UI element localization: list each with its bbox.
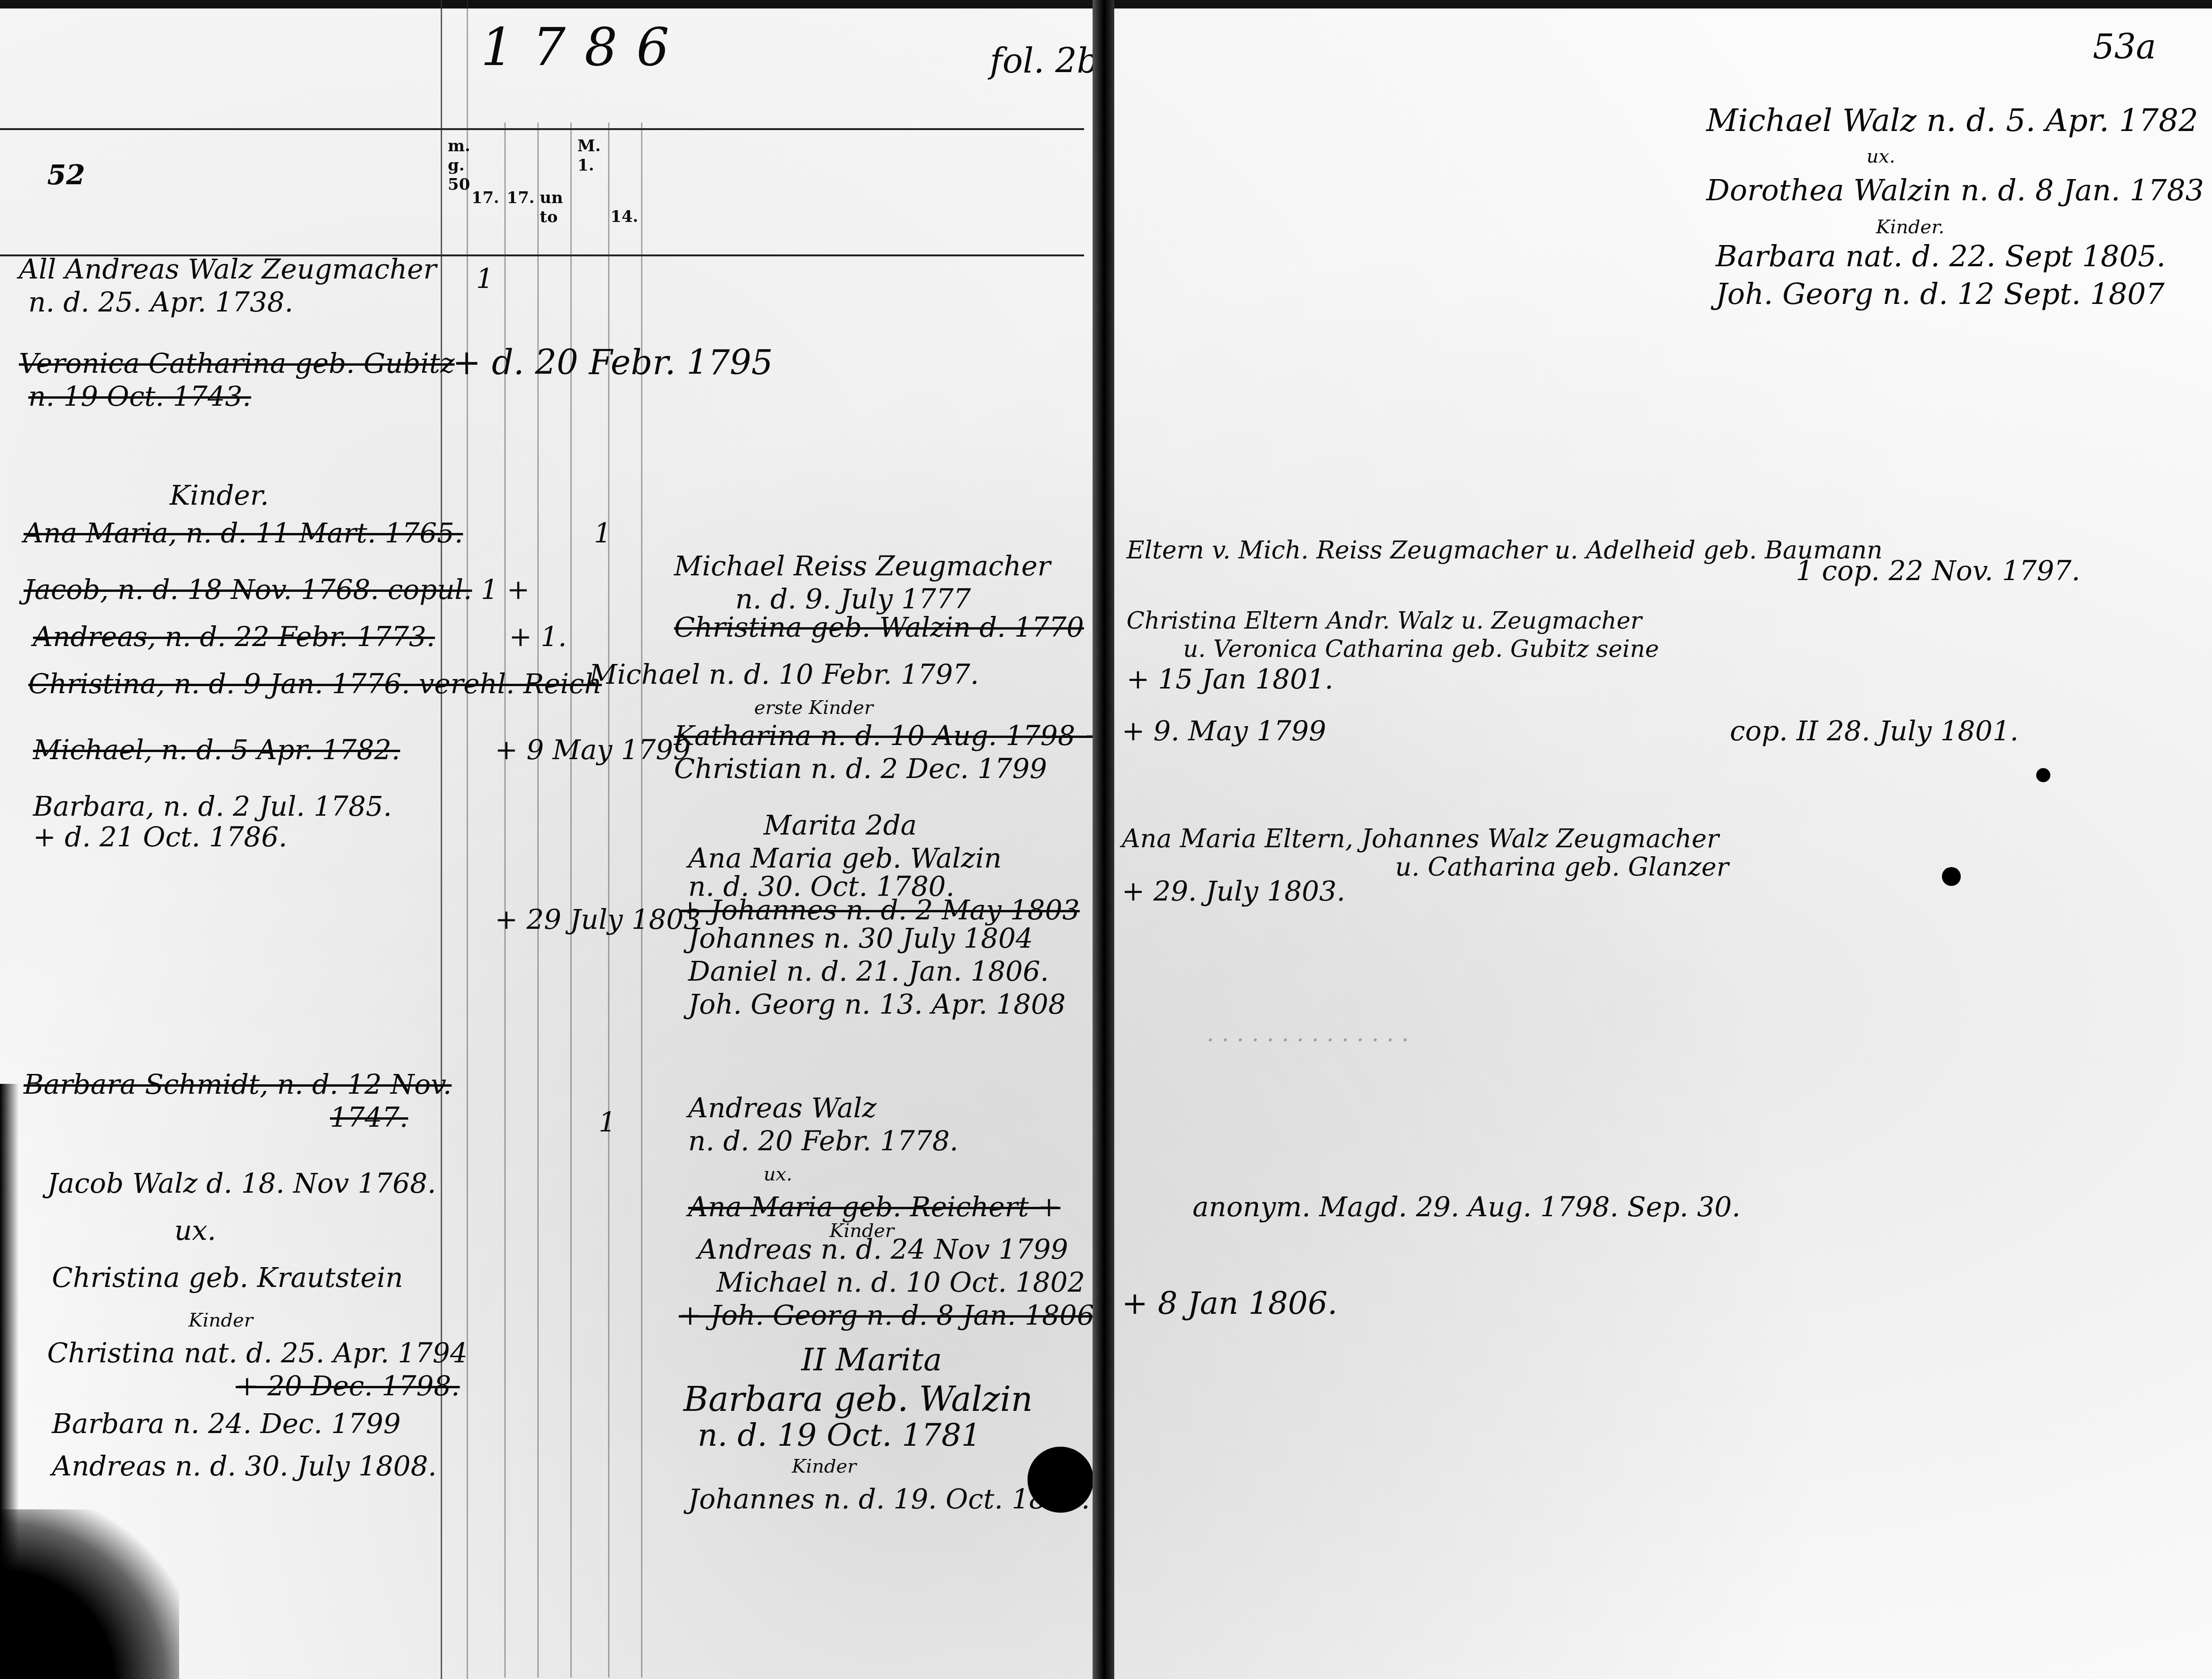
book-gutter bbox=[1093, 0, 1114, 1679]
marita-death: + 29 July 1803 bbox=[495, 905, 701, 935]
child-mark: 1 + bbox=[481, 575, 530, 605]
death-1806: + 8 Jan 1806. bbox=[1122, 1286, 1338, 1321]
reiss-line: Michael Reiss Zeugmacher bbox=[674, 551, 1051, 582]
register-spread: 1786 fol. 2b 52 m. g. 50 17. 17. un to M… bbox=[0, 0, 2212, 1679]
right-page: 53a Michael Walz n. d. 5. Apr. 1782 ux. … bbox=[1112, 0, 2212, 1679]
copulation-note: 1 cop. 22 Nov. 1797. bbox=[1796, 556, 2080, 586]
page-number: 52 bbox=[47, 160, 85, 190]
entry-jacob-line: Kinder bbox=[189, 1310, 253, 1331]
child-entry: Christina, n. d. 9 Jan. 1776. verehl. Re… bbox=[28, 669, 602, 699]
michael-line: Katharina n. d. 10 Aug. 1798 + bbox=[674, 721, 1107, 751]
christina-line: u. Veronica Catharina geb. Gubitz seine bbox=[1183, 636, 1659, 662]
death-1799: + 9. May 1799 bbox=[1122, 716, 1326, 746]
folio-number: fol. 2b bbox=[990, 42, 1099, 80]
marita-line: Daniel n. d. 21. Jan. 1806. bbox=[688, 957, 1049, 987]
marita-line: Ana Maria geb. Walzin bbox=[688, 844, 1002, 874]
marita-line: + Johannes n. d. 2 May 1803 bbox=[679, 895, 1080, 925]
column-header: un to bbox=[540, 188, 563, 227]
child-mark: 1 bbox=[594, 518, 611, 549]
entry-head-line-2: n. d. 25. Apr. 1738. bbox=[28, 287, 293, 318]
entry-wife-line-2: n. 19 Oct. 1743. bbox=[28, 382, 251, 412]
left-page: 1786 fol. 2b 52 m. g. 50 17. 17. un to M… bbox=[0, 0, 1098, 1679]
entry-jacob-line: Jacob Walz d. 18. Nov 1768. bbox=[47, 1169, 436, 1199]
marita-line: Marita 2da bbox=[764, 811, 917, 841]
michael-line: Michael n. d. 10 Febr. 1797. bbox=[589, 660, 979, 690]
marita2-line: Kinder bbox=[792, 1456, 856, 1477]
christina-death: + 15 Jan 1801. bbox=[1127, 664, 1333, 695]
ana-maria-death: + 29. July 1803. bbox=[1122, 876, 1345, 907]
child-entry: Andreas, n. d. 22 Febr. 1773. bbox=[33, 622, 435, 652]
column-header: 14. bbox=[610, 207, 638, 227]
entry-mark: 1 bbox=[599, 1107, 616, 1138]
andreas-line: Andreas Walz bbox=[688, 1093, 876, 1123]
entry-jacob-line: ux. bbox=[174, 1216, 216, 1246]
child-mark: + 1. bbox=[509, 622, 567, 652]
michael-line: erste Kinder bbox=[754, 697, 873, 718]
entry-jacob-line: Christina nat. d. 25. Apr. 1794 bbox=[47, 1338, 468, 1368]
marita2-line: n. d. 19 Oct. 1781 bbox=[698, 1418, 981, 1453]
entry-barbara-line-1: Barbara Schmidt, n. d. 12 Nov. bbox=[24, 1070, 452, 1100]
reiss-line: Christina geb. Walzin d. 1770 bbox=[674, 613, 1084, 643]
folio-number: 53a bbox=[2093, 28, 2156, 66]
header-rule bbox=[0, 128, 1084, 130]
andreas-line: Michael n. d. 10 Oct. 1802 bbox=[716, 1268, 1085, 1298]
entry-jacob-line: Andreas n. d. 30. July 1808. bbox=[52, 1451, 437, 1482]
ink-blot bbox=[1028, 1447, 1094, 1513]
christina-line: Christina Eltern Andr. Walz u. Zeugmache… bbox=[1127, 608, 1642, 634]
anonym-entry: anonym. Magd. 29. Aug. 1798. Sep. 30. bbox=[1192, 1192, 1741, 1222]
michael-walz-line: Barbara nat. d. 22. Sept 1805. bbox=[1716, 240, 2166, 272]
marita2-line: Barbara geb. Walzin bbox=[683, 1381, 1033, 1418]
year-header: 1786 bbox=[481, 19, 688, 76]
entry-head-line-1: All Andreas Walz Zeugmacher bbox=[19, 254, 436, 285]
child-entry: Michael, n. d. 5 Apr. 1782. bbox=[33, 735, 400, 765]
column-header: 17. bbox=[471, 188, 499, 208]
entry-mark: 1 bbox=[476, 264, 493, 294]
column-rule bbox=[441, 0, 442, 1679]
child-entry: Ana Maria, n. d. 11 Mart. 1765. bbox=[24, 518, 463, 549]
ink-spot bbox=[1942, 867, 1961, 886]
child-entry: Jacob, n. d. 18 Nov. 1768. copul. bbox=[24, 575, 472, 605]
parents-reiss: Eltern v. Mich. Reiss Zeugmacher u. Adel… bbox=[1127, 537, 1883, 564]
entry-jacob-line: + 20 Dec. 1798. bbox=[236, 1371, 460, 1401]
child-death: + 9 May 1799 bbox=[495, 735, 691, 765]
child-entry: Barbara, n. d. 2 Jul. 1785. bbox=[33, 792, 392, 822]
michael-walz-line: Michael Walz n. d. 5. Apr. 1782 bbox=[1706, 104, 2198, 138]
column-rule bbox=[467, 0, 468, 1679]
column-header: m. g. 50 bbox=[448, 137, 470, 194]
ana-maria-line: u. Catharina geb. Glanzer bbox=[1395, 853, 1729, 881]
michael-walz-line: Dorothea Walzin n. d. 8 Jan. 1783 bbox=[1706, 174, 2204, 206]
entry-wife-death: + d. 20 Febr. 1795 bbox=[452, 344, 773, 381]
ink-spot bbox=[2036, 768, 2050, 782]
michael-walz-line: ux. bbox=[1867, 146, 1895, 167]
marita2-line: II Marita bbox=[801, 1343, 942, 1377]
michael-walz-line: Kinder. bbox=[1876, 217, 1944, 238]
marita-line: Johannes n. 30 July 1804 bbox=[688, 924, 1033, 954]
reiss-line: n. d. 9. July 1777 bbox=[735, 584, 971, 614]
andreas-line: Ana Maria geb. Reichert + bbox=[688, 1192, 1061, 1222]
michael-walz-line: Joh. Georg n. d. 12 Sept. 1807 bbox=[1716, 278, 2164, 310]
entry-jacob-line: Christina geb. Krautstein bbox=[52, 1263, 403, 1293]
entry-jacob-line: Barbara n. 24. Dec. 1799 bbox=[52, 1409, 401, 1439]
andreas-line: + Joh. Georg n. d. 8 Jan. 1806 bbox=[679, 1301, 1094, 1331]
children-label: Kinder. bbox=[170, 481, 269, 511]
column-header: 17. bbox=[507, 188, 534, 208]
entry-barbara-line-2: 1747. bbox=[330, 1103, 408, 1133]
entry-wife-line-1: Veronica Catharina geb. Gubitz bbox=[19, 349, 454, 379]
column-header: M. 1. bbox=[577, 137, 600, 175]
andreas-line: Andreas n. d. 24 Nov 1799 bbox=[698, 1235, 1068, 1265]
marita-line: Joh. Georg n. 13. Apr. 1808 bbox=[688, 990, 1066, 1020]
child-death: + d. 21 Oct. 1786. bbox=[33, 822, 288, 852]
andreas-line: n. d. 20 Febr. 1778. bbox=[688, 1126, 958, 1156]
copulation-note-2: cop. II 28. July 1801. bbox=[1730, 716, 2019, 746]
faded-text: · · · · · · · · · · · · · · bbox=[1207, 1027, 1409, 1053]
andreas-line: ux. bbox=[764, 1164, 792, 1185]
ana-maria-line: Ana Maria Eltern, Johannes Walz Zeugmach… bbox=[1122, 825, 1719, 852]
michael-line: Christian n. d. 2 Dec. 1799 bbox=[674, 754, 1047, 784]
